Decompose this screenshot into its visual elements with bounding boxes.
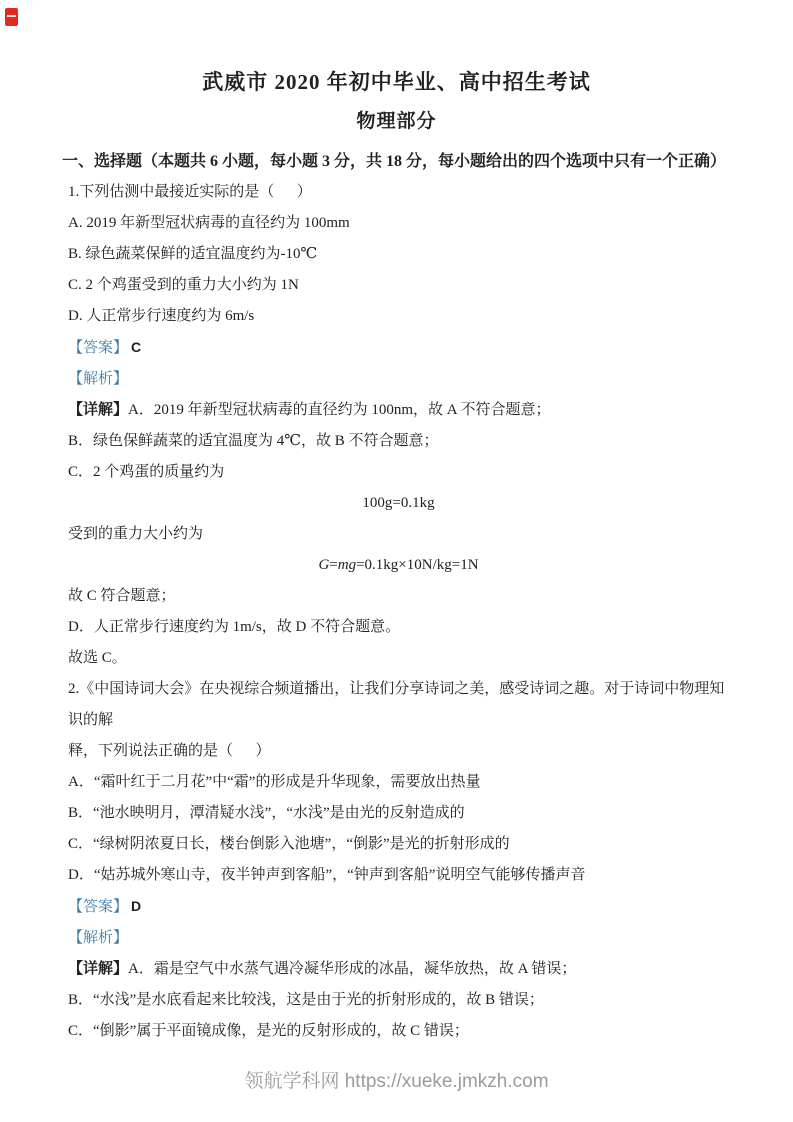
section-heading: 一、选择题（本题共 6 小题，每小题 3 分，共 18 分，每小题给出的四个选项… [0, 150, 793, 174]
question-2-detail-c-text: C．“倒影”属于平面镜成像，是光的反射形成的，故 C 错误； [68, 1023, 469, 1039]
formula-egg-mass: 100g=0.1kg [68, 488, 729, 519]
watermark: 领航学科网 https://xueke.jmkzh.com [0, 1066, 793, 1093]
question-1-detail-c-continued: 受到的重力大小约为 [68, 519, 729, 550]
formula-gravity-text: mg [338, 557, 356, 573]
document-header: 武威市 2020 年初中毕业、高中招生考试 物理部分 一、选择题（本题共 6 小… [0, 0, 793, 174]
question-2-analysis-label-text: 【解析】 [68, 930, 128, 946]
question-2-option-b: B．“池水映明月，潭清疑水浅”，“水浅”是由光的反射造成的 [68, 798, 729, 829]
question-2-option-a: A．“霜叶红于二月花”中“霜”的形成是升华现象，需要放出热量 [68, 767, 729, 798]
question-1-stem-text: 1.下列估测中最接近实际的是（ ） [68, 184, 312, 200]
question-1-detail-d: D．人正常步行速度约为 1m/s，故 D 不符合题意。 [68, 612, 729, 643]
question-2-detail-a-text: A．霜是空气中水蒸气遇冷凝华形成的冰晶，凝华放热，故 A 错误； [128, 961, 576, 977]
question-1-detail-b-text: B．绿色保鲜蔬菜的适宜温度为 4℃，故 B 不符合题意； [68, 433, 439, 449]
question-1-option-a: A. 2019 年新型冠状病毒的直径约为 100mm [68, 208, 729, 239]
question-1-answer: 【答案】C [68, 332, 729, 364]
corner-stamp-icon [5, 8, 18, 26]
question-2-option-c-text: C．“绿树阴浓夏日长，楼台倒影入池塘”，“倒影”是光的折射形成的 [68, 836, 510, 852]
question-2-detail-a-text: 【详解】 [68, 961, 128, 977]
formula-gravity-text: =0.1kg×10N/kg=1N [356, 557, 478, 573]
question-1-answer-text: 【答案】 [68, 340, 128, 356]
question-1-detail-c-continued-text: 受到的重力大小约为 [68, 526, 203, 542]
question-1-detail-a: 【详解】A．2019 年新型冠状病毒的直径约为 100nm，故 A 不符合题意； [68, 395, 729, 426]
question-1-final-answer: 故选 C。 [68, 643, 729, 674]
question-2-option-d-text: D．“姑苏城外寒山寺，夜半钟声到客船”，“钟声到客船”说明空气能够传播声音 [68, 867, 585, 883]
question-1-option-b: B. 绿色蔬菜保鲜的适宜温度约为-10℃ [68, 239, 729, 270]
formula-gravity-text: G [318, 557, 329, 573]
question-2-detail-b: B．“水浅”是水底看起来比较浅，这是由于光的折射形成的，故 B 错误； [68, 985, 729, 1016]
document-title: 武威市 2020 年初中毕业、高中招生考试 [0, 68, 793, 96]
question-1-option-d: D. 人正常步行速度约为 6m/s [68, 301, 729, 332]
question-1-detail-c-text: C．2 个鸡蛋的质量约为 [68, 464, 224, 480]
question-2-answer: 【答案】D [68, 891, 729, 923]
question-1-stem: 1.下列估测中最接近实际的是（ ） [68, 177, 729, 208]
formula-gravity-text: = [329, 557, 337, 573]
question-2-analysis-label: 【解析】 [68, 923, 729, 954]
question-2-option-c: C．“绿树阴浓夏日长，楼台倒影入池塘”，“倒影”是光的折射形成的 [68, 829, 729, 860]
question-1-detail-conclusion-c: 故 C 符合题意； [68, 581, 729, 612]
question-2-stem-line-2-text: 释，下列说法正确的是（ ） [68, 743, 271, 759]
exam-document-page: 武威市 2020 年初中毕业、高中招生考试 物理部分 一、选择题（本题共 6 小… [0, 0, 793, 1122]
question-1-detail-b: B．绿色保鲜蔬菜的适宜温度为 4℃，故 B 不符合题意； [68, 426, 729, 457]
question-2-stem-line-1-text: 2.《中国诗词大会》在央视综合频道播出，让我们分享诗词之美，感受诗词之趣。对于诗… [68, 681, 724, 728]
question-2-detail-b-text: B．“水浅”是水底看起来比较浅，这是由于光的折射形成的，故 B 错误； [68, 992, 544, 1008]
question-2-stem-line-1: 2.《中国诗词大会》在央视综合频道播出，让我们分享诗词之美，感受诗词之趣。对于诗… [68, 674, 729, 736]
question-2-option-a-text: A．“霜叶红于二月花”中“霜”的形成是升华现象，需要放出热量 [68, 774, 480, 790]
question-1-analysis-label: 【解析】 [68, 364, 729, 395]
question-1-detail-a-text: A．2019 年新型冠状病毒的直径约为 100nm，故 A 不符合题意； [128, 402, 551, 418]
question-2-answer-text: 【答案】 [68, 899, 128, 915]
question-1-analysis-label-text: 【解析】 [68, 371, 128, 387]
question-1-option-a-text: A. 2019 年新型冠状病毒的直径约为 100mm [68, 215, 350, 231]
question-2-detail-c: C．“倒影”属于平面镜成像，是光的反射形成的，故 C 错误； [68, 1016, 729, 1047]
question-2-answer-text: D [131, 898, 141, 914]
document-body: 1.下列估测中最接近实际的是（ ）A. 2019 年新型冠状病毒的直径约为 10… [0, 174, 793, 1047]
question-1-answer-text: C [131, 339, 141, 355]
question-2-detail-a: 【详解】A．霜是空气中水蒸气遇冷凝华形成的冰晶，凝华放热，故 A 错误； [68, 954, 729, 985]
question-1-final-answer-text: 故选 C。 [68, 650, 127, 666]
formula-gravity: G=mg=0.1kg×10N/kg=1N [68, 550, 729, 581]
question-2-stem-line-2: 释，下列说法正确的是（ ） [68, 736, 729, 767]
question-1-option-c-text: C. 2 个鸡蛋受到的重力大小约为 1N [68, 277, 299, 293]
document-subtitle: 物理部分 [0, 109, 793, 135]
question-2-option-b-text: B．“池水映明月，潭清疑水浅”，“水浅”是由光的反射造成的 [68, 805, 465, 821]
question-1-detail-d-text: D．人正常步行速度约为 1m/s，故 D 不符合题意。 [68, 619, 400, 635]
formula-egg-mass-text: 100g=0.1kg [362, 495, 434, 511]
question-1-option-c: C. 2 个鸡蛋受到的重力大小约为 1N [68, 270, 729, 301]
question-1-detail-conclusion-c-text: 故 C 符合题意； [68, 588, 176, 604]
question-1-detail-a-text: 【详解】 [68, 402, 128, 418]
question-1-detail-c: C．2 个鸡蛋的质量约为 [68, 457, 729, 488]
question-1-option-b-text: B. 绿色蔬菜保鲜的适宜温度约为-10℃ [68, 246, 317, 262]
question-1-option-d-text: D. 人正常步行速度约为 6m/s [68, 308, 254, 324]
question-2-option-d: D．“姑苏城外寒山寺，夜半钟声到客船”，“钟声到客船”说明空气能够传播声音 [68, 860, 729, 891]
